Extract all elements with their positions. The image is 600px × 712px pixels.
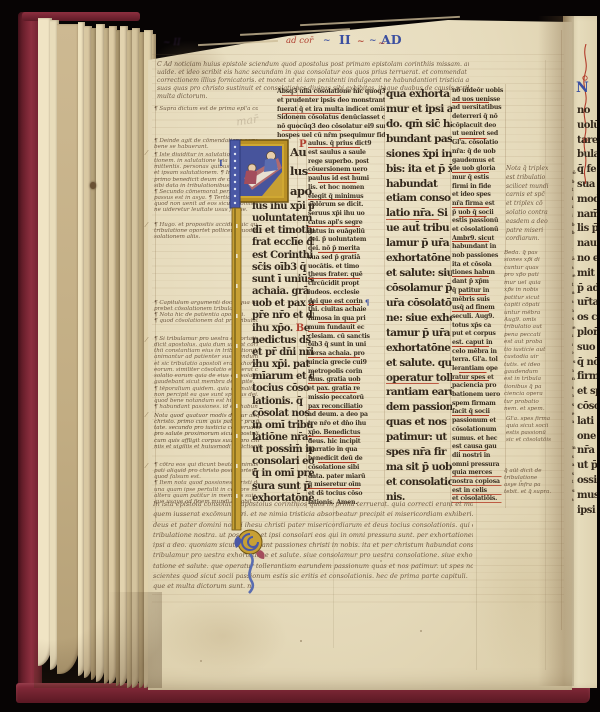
text-line: data. pater mīarū xyxy=(308,473,385,482)
gloss-block-top: Absq3 ulla cōsolatione hic quoq3 uenisse… xyxy=(277,88,385,141)
header-flourish: ∼ xyxy=(323,36,331,46)
text-line: circūcidit propt̄ xyxy=(308,280,385,289)
text-line: tiones habun xyxy=(452,269,507,278)
text-line: paulus id est humi xyxy=(308,175,385,184)
text-line: one xyxy=(577,430,597,445)
corrector-tick: ⁄ xyxy=(146,463,147,470)
page-edge xyxy=(57,24,80,674)
text-line: q̄ fe xyxy=(577,163,597,178)
text-line: terra. Gl'a. tol xyxy=(452,356,507,365)
text-line: ualde. et ideo scribit eis hanc secundam… xyxy=(157,69,469,77)
text-line: patitur sicut xyxy=(504,295,564,302)
margin-note-block: Nota q̄ triplexest tribulatioscilicet mu… xyxy=(506,165,564,245)
text-line: tribulatione xyxy=(504,475,560,482)
text-line: xp̄s in nobis xyxy=(504,287,564,294)
text-line: passionum et xyxy=(452,417,507,426)
text-line: que et multa dictorum sunt. n. xyxy=(153,581,473,591)
text-line: fuerat q̄ et ira multa indicet omīs ciui… xyxy=(277,106,385,115)
gloss-initial-p: P xyxy=(299,139,307,150)
ink-specks xyxy=(300,640,302,642)
text-line: estis passionū xyxy=(506,430,564,437)
text-line: q̄ patitur in xyxy=(452,287,507,296)
text-line: Sidonem cōsolatus denūciasset cū exultat… xyxy=(277,114,385,123)
manuscript-photograph: N nouolūtarebulaq̄ fesua q̄modonam̄lis p… xyxy=(0,0,600,712)
text-line: totus xp̄s ca xyxy=(452,322,507,331)
text-line: ue aut̄ tribu xyxy=(386,221,452,236)
text-line: nō uideōr uobis xyxy=(452,87,507,96)
text-line: quem iusserat excōmunicari. et ne nimia … xyxy=(153,509,473,519)
corrector-tick: ⁄ xyxy=(146,412,147,419)
text-line: no xyxy=(577,104,597,119)
text-line: In ista epistola consolatur apostolus co… xyxy=(153,499,473,509)
text-line: uersa achaia. pro xyxy=(308,350,385,359)
text-line: os cr xyxy=(577,311,597,326)
text-line: estis passionū xyxy=(452,217,507,226)
text-line: mur et ipsi a xyxy=(386,102,452,117)
text-line: cuntur quas xyxy=(504,265,564,272)
text-line: benedicit deū de xyxy=(308,455,385,464)
bottom-commentary-block: In ista epistola consolatur apostolus co… xyxy=(153,499,473,593)
text-line: quas et nos xyxy=(386,415,452,430)
text-line: Gl'a. cōsolatio xyxy=(452,139,507,148)
text-line: est in tribula xyxy=(504,376,564,383)
next-page-initial-n: N xyxy=(576,80,589,96)
text-line: narratio in qua xyxy=(308,446,385,455)
text-line: sic et cōsolatōis xyxy=(506,437,564,444)
text-line: p̄ uob q̄ socii xyxy=(452,209,507,218)
text-line: pena peccati xyxy=(504,332,564,339)
text-line: et ideo spes xyxy=(452,191,507,200)
text-line: quia merces xyxy=(452,469,507,478)
text-line: plor̄ xyxy=(577,326,597,341)
text-line: exhortatōne xyxy=(386,251,452,266)
text-line: cordiarum. xyxy=(506,235,564,244)
text-line: mur uel quia xyxy=(504,280,564,287)
text-line: famosa in qua pri xyxy=(308,315,385,324)
text-line: gaudendum xyxy=(504,369,564,376)
text-line: missio peccatorū xyxy=(308,394,385,403)
text-line: spes nr̄a fir xyxy=(386,445,452,460)
text-line: tebit. et q̄ supra. xyxy=(504,489,560,496)
text-line: catus apl's segre xyxy=(308,219,385,228)
text-line: est. caput in xyxy=(452,339,507,348)
text-line: pro xp̄o pati xyxy=(504,272,564,279)
text-line: firm xyxy=(577,370,597,385)
text-line: modo xyxy=(577,193,597,208)
text-line: spem firmam xyxy=(452,400,507,409)
text-line: q̄ aūt dicit de xyxy=(504,468,560,475)
gloss-column-right: nō uideōr uobisad uos uenissead uersitat… xyxy=(452,87,507,506)
text-line: q̄ miseretur oīm xyxy=(308,481,385,490)
text-line: nem. et spem. xyxy=(504,406,564,413)
corrector-tick: ⁄ xyxy=(146,150,147,157)
text-line: et salute: siue xyxy=(386,266,452,281)
text-line: scilicet mundi xyxy=(506,183,564,192)
header-flourish: ∼ xyxy=(357,37,365,47)
text-line: est in celis xyxy=(452,487,507,496)
text-line: dei que est corin xyxy=(308,298,385,307)
text-line: put et corpus xyxy=(452,330,507,339)
text-line: et triplex cō xyxy=(506,200,564,209)
text-line: habundant in xyxy=(452,243,507,252)
text-line: lis p̄ xyxy=(577,222,597,237)
text-line: ipsi xyxy=(577,504,597,519)
text-line: omni pressura xyxy=(452,461,507,470)
text-line: theus frater. quē xyxy=(308,271,385,280)
text-line: Aug9. omīs xyxy=(504,317,564,324)
text-line: tribulamur pro uestra exhortatione et sa… xyxy=(153,550,473,560)
text-line: deus. hic incipit xyxy=(308,438,385,447)
text-line: untur mēbra xyxy=(504,310,564,317)
header-rubric-note: ad cor̄ xyxy=(286,36,313,46)
text-line: est tribulatio xyxy=(506,174,564,183)
illuminated-initial-p xyxy=(228,138,292,594)
text-line: dem passionū xyxy=(386,400,452,415)
text-line: tre nr̄o et dn̄o ih̄u xyxy=(308,420,385,429)
text-line: suo xyxy=(577,341,597,356)
text-line: clesiam. cū sanctis xyxy=(308,333,385,342)
text-line: cōuersionem uero xyxy=(308,166,385,175)
text-line: Absq3 ulla cōsolatione hic quoq3 uenisse… xyxy=(277,88,385,97)
text-line: patre miseri xyxy=(506,227,564,236)
text-line: ma sit p̄ uob xyxy=(386,460,452,475)
text-line: scientes quod sicut socii passionum esti… xyxy=(153,571,473,581)
text-line: habundat xyxy=(386,177,452,192)
text-line: no et xyxy=(577,252,597,267)
text-line: oīb3 q̄ sunt in uni xyxy=(308,341,385,350)
text-line: ad uos uenisse xyxy=(452,96,507,105)
text-line: tutis. et ideo xyxy=(504,362,564,369)
text-line: ossi xyxy=(577,474,597,489)
text-line: lati xyxy=(577,415,597,430)
text-line: ad uersitatibus xyxy=(452,104,507,113)
text-line: uincia grecie cui9 xyxy=(308,359,385,368)
text-line: ita et cōsola xyxy=(452,261,507,270)
text-line: lerantiam ope xyxy=(452,365,507,374)
text-line: sua sed p̄ gratiā xyxy=(308,254,385,263)
text-line: capiti cōpati xyxy=(504,302,564,309)
text-line: mit b xyxy=(577,267,597,282)
text-line: cōso xyxy=(577,400,597,415)
text-line: naut xyxy=(577,237,597,252)
text-line: dant p̄ xp̄m xyxy=(452,278,507,287)
next-page-text-column: nouolūtarebulaq̄ fesua q̄modonam̄lis p̄n… xyxy=(577,104,597,522)
text-line: latio nr̄a. Si xyxy=(386,206,452,221)
text-line: dei. p̄ uoluntatem xyxy=(308,236,385,245)
corrector-tick: ⁄ xyxy=(146,337,147,344)
margin-note-block: Beda. q̄ passiones xp̄i dicuntur quaspro… xyxy=(504,250,564,415)
text-line: nr̄a firma est xyxy=(452,200,507,209)
text-line: usq̄ ad finem xyxy=(452,304,507,313)
text-line: et sp̄ xyxy=(577,385,597,400)
text-line: nob passiones xyxy=(452,252,507,261)
text-line: deus et pater domini nostri ihesu christ… xyxy=(153,520,473,530)
text-line: et prudenter ipsis deo monstrante redarg… xyxy=(277,97,385,106)
text-line: metropolis corin xyxy=(308,368,385,377)
text-line: qua exhorta xyxy=(386,87,452,102)
text-line: patimur: ut xyxy=(386,430,452,445)
text-line: Ambr9. sicut xyxy=(452,235,507,244)
text-line: lis. et hoc nomen xyxy=(308,184,385,193)
text-line: correctionem illius fornicatoris. et mon… xyxy=(157,77,469,85)
text-line: ne: siue exhor xyxy=(386,311,452,326)
text-line: celo mēbra in xyxy=(452,348,507,357)
text-line: tionibus q̄ pa xyxy=(504,384,564,391)
text-line: thi. ciuitas achaie xyxy=(308,306,385,315)
text-line: tare xyxy=(577,134,597,149)
text-line: tribulatione nostra. ut possimus et ipsi… xyxy=(153,530,473,540)
text-line: carnis et spc̄ xyxy=(506,191,564,200)
gloss-column-middle: aulus. q̄ prius dict9est saulus a sauler… xyxy=(308,140,385,508)
text-line: est aut proba xyxy=(504,339,564,346)
text-line: exhortatōne xyxy=(386,341,452,356)
header-flourish: ∼ xyxy=(378,39,386,49)
margin-note-group: ¶ Supra dictum est de prima epl'a corint… xyxy=(154,106,258,114)
text-line: cōplacuit deo xyxy=(452,122,507,131)
text-line: bationem uero xyxy=(452,391,507,400)
text-line: uolū xyxy=(577,119,597,134)
text-line: easdem a deo xyxy=(506,218,564,227)
text-line: rege superbo. post xyxy=(308,158,385,167)
text-line: sua q̄ xyxy=(577,178,597,193)
text-line: tribulatio aut xyxy=(504,324,564,331)
text-line: thus. gratia uob xyxy=(308,376,385,385)
text-line: nam̄ xyxy=(577,208,597,223)
paraph-mark-blue: I xyxy=(219,158,223,168)
text-line: ut ueniret sed xyxy=(452,130,507,139)
text-line: sumus. et hec xyxy=(452,435,507,444)
text-line: lamur p̄ ur̄a xyxy=(386,236,452,251)
text-line: pax reconciliatio xyxy=(308,403,385,412)
text-line: nostra copiosa xyxy=(452,478,507,487)
text-line: quia sicut socii xyxy=(506,423,564,430)
text-line: etiam conso xyxy=(386,191,452,206)
header-numeral: II xyxy=(339,32,351,47)
text-line: et pax. gratia re xyxy=(308,385,385,394)
text-line: do. qm̄ sic̄ ha xyxy=(386,117,452,132)
text-line: paciencia pro xyxy=(452,382,507,391)
corrector-tick: ⁄ xyxy=(146,222,147,229)
text-line: ur̄ta xyxy=(577,296,597,311)
text-line: nr̄a xyxy=(577,444,597,459)
text-line: Gl'a. spes firma xyxy=(506,416,564,423)
text-line: ciencia opera xyxy=(504,391,564,398)
text-line: cōsolatione sibi xyxy=(308,464,385,473)
text-line: cōsolationum xyxy=(452,426,507,435)
rubricated-initial-b: B xyxy=(296,323,304,334)
text-line: uocātis. et timo xyxy=(308,263,385,272)
wormhole-spot xyxy=(90,182,96,189)
text-line: xp̄o. Benedictus xyxy=(308,429,385,438)
text-line: tio iusticie aut xyxy=(504,347,564,354)
text-line: et salute. que xyxy=(386,356,452,371)
margin-note-block: q̄ aūt dicit detribulationeasye infra pa… xyxy=(504,468,560,497)
text-line: nō quocūq3 deo cōsolatur ei9 sumendo q̄ … xyxy=(277,123,385,132)
paraph-mark-blue: ¶ xyxy=(365,298,369,307)
text-line: firmi in fide xyxy=(452,183,507,192)
text-line: mus xyxy=(577,489,597,504)
text-line: et cōsolationū xyxy=(452,226,507,235)
margin-note-block: Gl'a. spes firmaquia sicut sociiestis pa… xyxy=(506,416,564,445)
text-line: operatur tolle xyxy=(386,371,452,386)
text-line: custodia uir xyxy=(504,354,564,361)
text-line: tamur p̄ ur̄a xyxy=(386,326,452,341)
text-line: tur probatio xyxy=(504,399,564,406)
text-line: dii nostri in xyxy=(452,452,507,461)
text-line: de uob gloria xyxy=(452,165,507,174)
text-line: rantiam earū xyxy=(386,385,452,400)
ghost-title-offset: ∼ II xyxy=(163,38,181,48)
text-line: Nota q̄ triplex xyxy=(506,165,564,174)
text-line: ut p̄ xyxy=(577,459,597,474)
text-line: cōsolamur p̄ xyxy=(386,281,452,296)
text-line: nr̄a: q̄ de uob xyxy=(452,148,507,157)
bible-text-column-2: qua exhortamur et ipsi ado. qm̄ sic̄ hab… xyxy=(386,87,452,506)
text-line: gaudemus et xyxy=(452,157,507,166)
text-line: est saulus a saule xyxy=(308,149,385,158)
text-line: iudeos. ecclesie xyxy=(308,289,385,298)
text-line: tatione et salute. que operatur tolleran… xyxy=(153,561,473,571)
text-line: mur q̄ estis xyxy=(452,174,507,183)
text-line: deterreri q̄ nō xyxy=(452,113,507,122)
text-line: seculi. Aug9. xyxy=(452,313,507,322)
text-line: siones xp̄i di xyxy=(504,257,564,264)
text-line: ratur spes et xyxy=(452,374,507,383)
text-line: aulus. q̄ prius dict9 xyxy=(308,140,385,149)
header-flourish: ∼ xyxy=(369,36,377,46)
text-line: ¶ Supra dictum est de prima epl'a corint… xyxy=(154,106,258,112)
text-line: gatus in euāgeliū xyxy=(308,228,385,237)
text-line: C Ad noticiam huius epistole sciendum qu… xyxy=(157,61,469,69)
text-line: elegit q̄ minimus xyxy=(308,193,385,202)
text-line: ipsi a deo. quoniam sicut habundant pass… xyxy=(153,540,473,550)
text-line: facit q̄ socii xyxy=(452,408,507,417)
text-line: dei. nō p̄ merita xyxy=(308,245,385,254)
text-line: est causa gau xyxy=(452,443,507,452)
text-line: bula xyxy=(577,148,597,163)
text-line: solatio contra xyxy=(506,209,564,218)
text-line: ad deum. a deo pa xyxy=(308,411,385,420)
text-line: aplōrum se dicit. xyxy=(308,201,385,210)
text-line: q̄ nō xyxy=(577,356,597,371)
text-line: asye infra pa xyxy=(504,482,560,489)
text-line: bis: ita et p̄ x̄pm xyxy=(386,162,452,177)
text-line: siones x̄pi in o xyxy=(386,147,452,162)
text-line: Beda. q̄ pas xyxy=(504,250,564,257)
text-line: ur̄a cōsolatō xyxy=(386,296,452,311)
text-line: bundant pas xyxy=(386,132,452,147)
text-line: et consolatio xyxy=(386,475,452,490)
text-line: mum fundauit ec xyxy=(308,324,385,333)
text-line: p̄ ad xyxy=(577,282,597,297)
text-line: mēbris suis xyxy=(452,296,507,305)
text-line: seruus xp̄i ih̄u uo xyxy=(308,210,385,219)
text-line: et ds̄ tocius cōso xyxy=(308,490,385,499)
